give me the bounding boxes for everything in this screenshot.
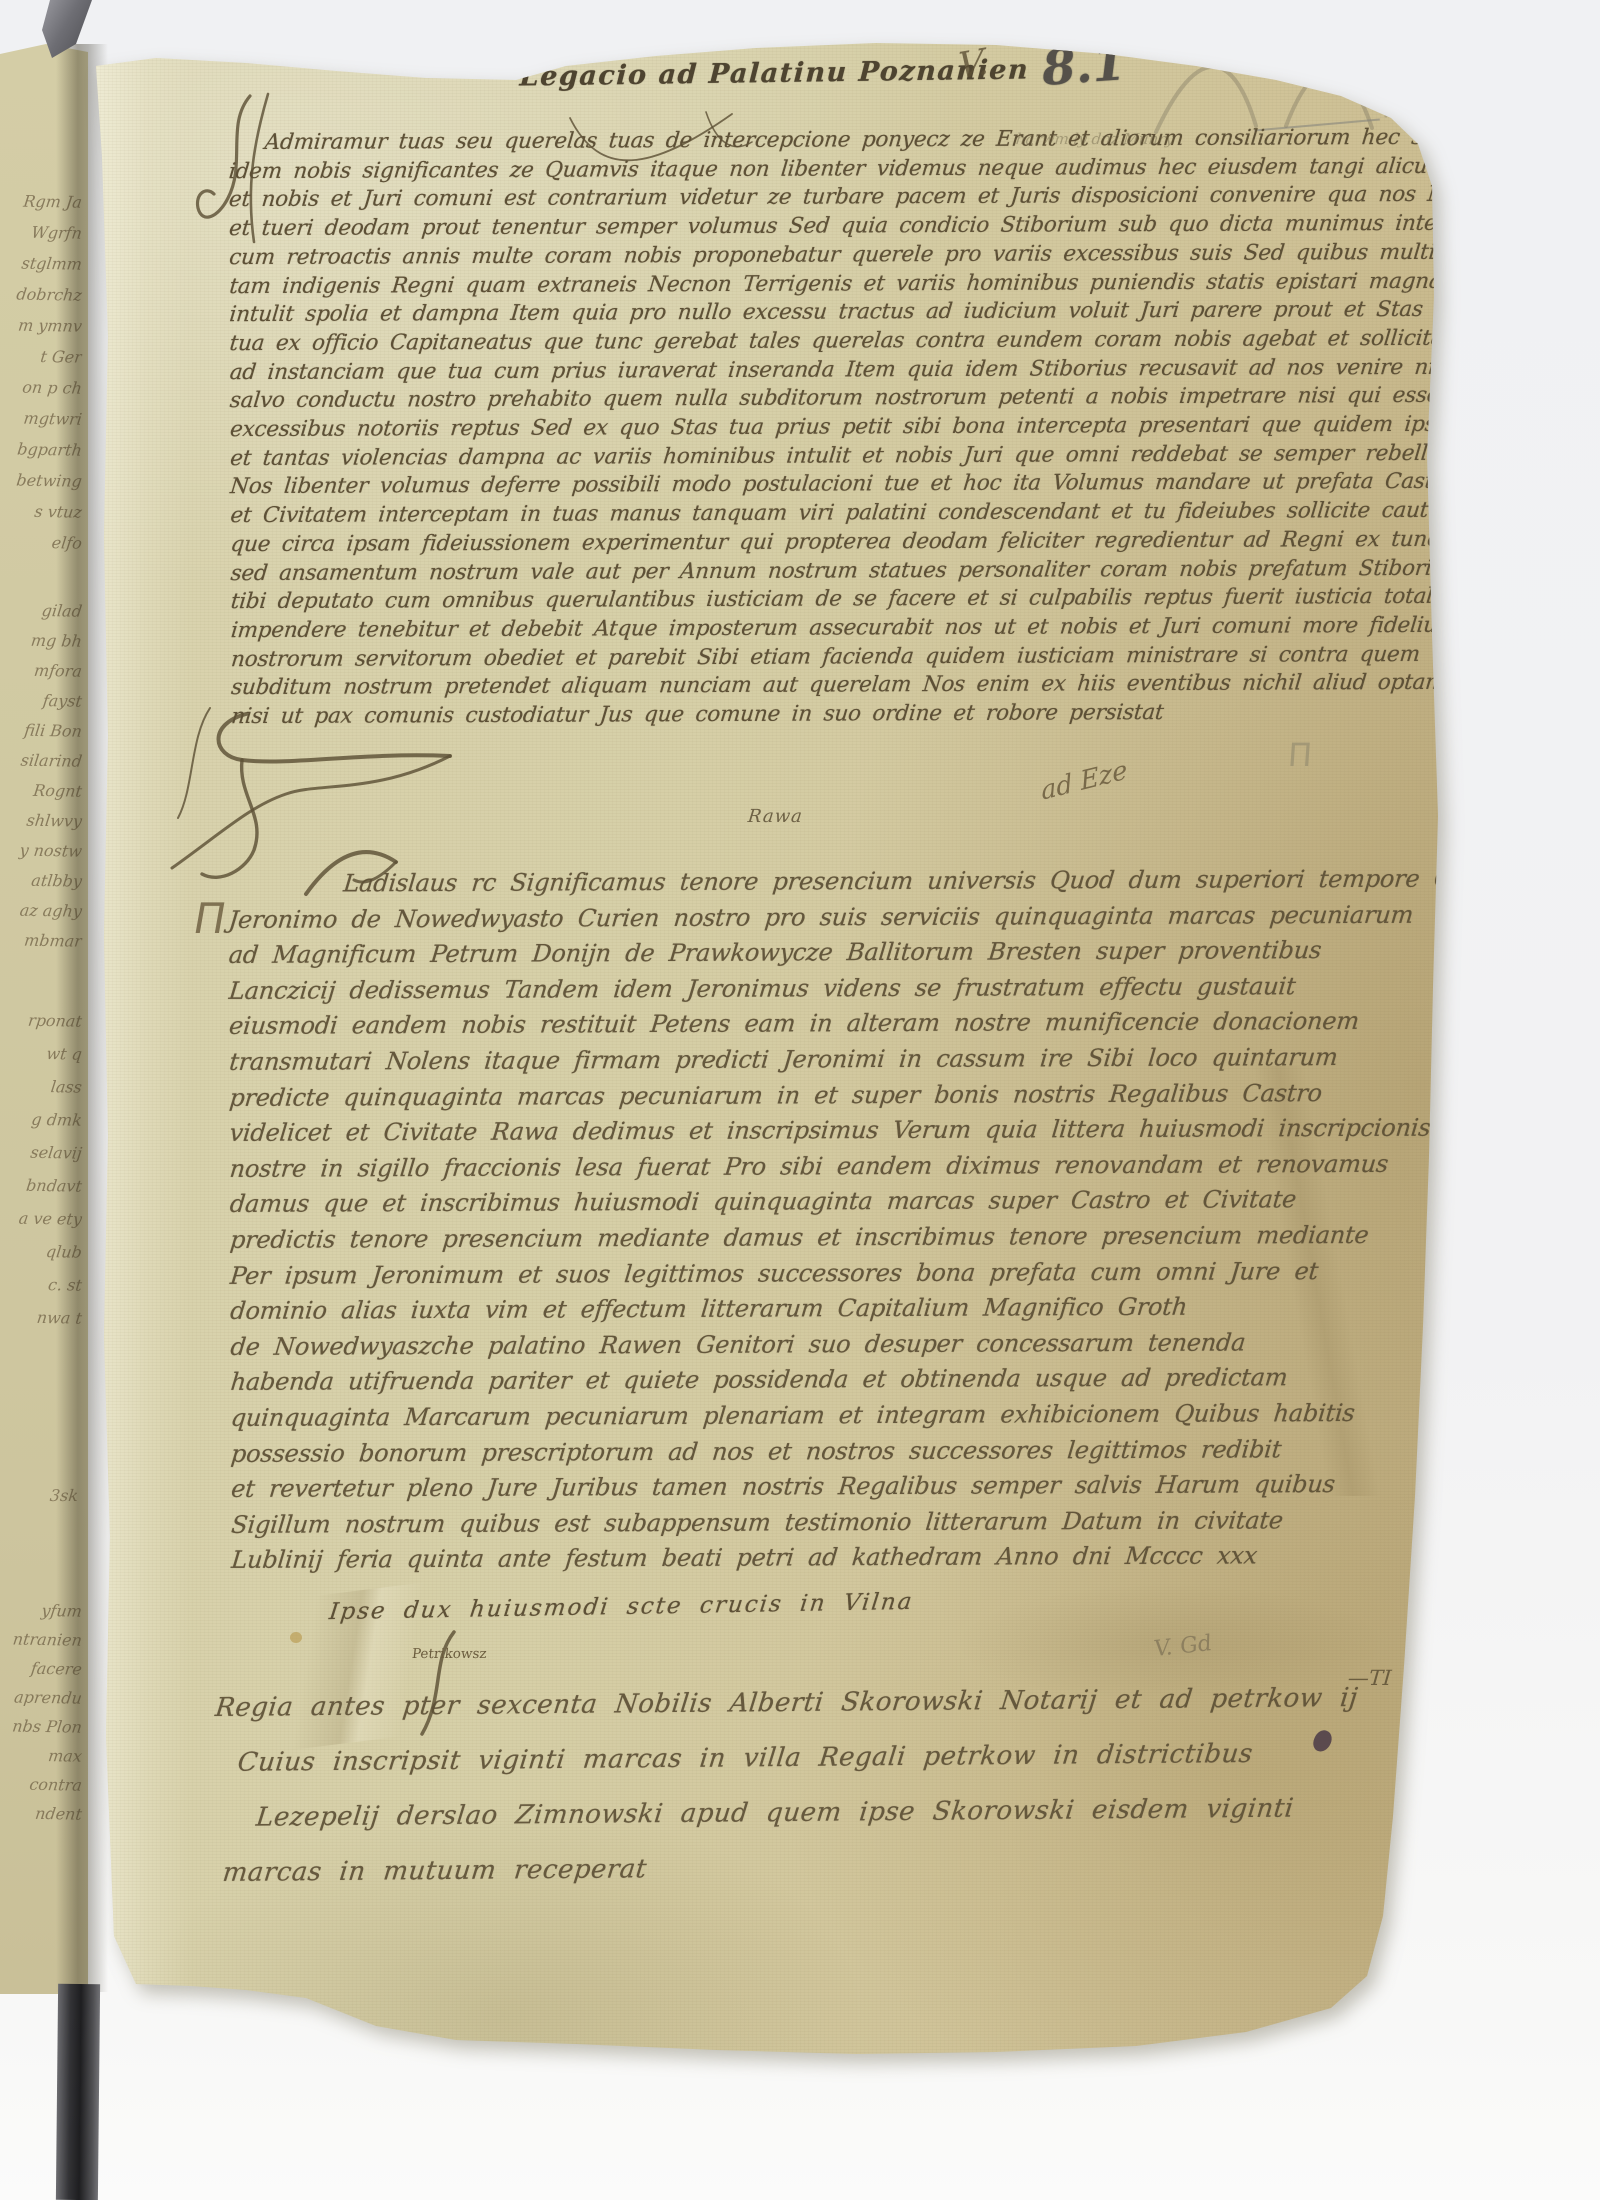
- manuscript-line: videlicet et Civitate Rawa dedimus et in…: [228, 1110, 1551, 1151]
- manuscript-line: Lezepelij derslao Zimnowski apud quem ip…: [253, 1781, 1362, 1846]
- manuscript-line: Cuius inscripsit viginti marcas in villa…: [235, 1726, 1362, 1791]
- manuscript-line: Sigillum nostrum quibus est subappensum …: [230, 1502, 1553, 1543]
- amber-ink-blot: [290, 1632, 302, 1643]
- manuscript-line: Ladislaus rc Significamus tenore presenc…: [227, 861, 1550, 902]
- manuscript-line: Regia antes pter sexcenta Nobilis Albert…: [212, 1671, 1361, 1736]
- shelfmark-prefix: V.: [958, 41, 990, 88]
- paragraph-legation-text: Admiramur tuas seu querelas tuas de inte…: [229, 123, 1600, 732]
- postscript-heading: Ipse dux huiusmodi scte crucis in Vilna: [328, 1589, 915, 1625]
- faint-pi-mark: Π: [1287, 736, 1314, 774]
- manuscript-line: eiusmodi eandem nobis restituit Petens e…: [227, 1003, 1550, 1044]
- manuscript-line: damus que et inscribimus huiusmodi quinq…: [228, 1181, 1551, 1222]
- manuscript-page: Legacio ad Palatinu Poznanien V. 8.1 44 …: [96, 36, 1448, 2056]
- postscript-interlinear-note: Petrikowsz: [411, 1646, 487, 1662]
- manuscript-scan: Rgm JaWgrfnstglmmdobrchzm ymnvt Geron p …: [0, 0, 1600, 2200]
- manuscript-line: predictis tenore presencium mediante dam…: [228, 1217, 1551, 1258]
- postscript-text: Regia antes pter sexcenta Nobilis Albert…: [215, 1671, 1359, 1901]
- manuscript-line: Jeronimo de Nowedwyasto Curien nostro pr…: [227, 897, 1550, 938]
- manuscript-line: dominio alias iuxta vim et effectum litt…: [229, 1288, 1552, 1329]
- manuscript-line: Per ipsum Jeronimum et suos legittimos s…: [228, 1253, 1551, 1294]
- manuscript-line: transmutari Nolens itaque firmam predict…: [228, 1039, 1551, 1080]
- folio-number: 44: [1351, 79, 1382, 106]
- marginal-note-ad-eze: ad Eze: [1040, 755, 1129, 807]
- manuscript-line: ad Magnificum Petrum Donijn de Prawkowyc…: [227, 932, 1550, 973]
- manuscript-line: habenda utifruenda pariter et quiete pos…: [229, 1359, 1552, 1400]
- shelfmark: 8.1: [1040, 35, 1127, 97]
- binding-rod: [56, 1984, 100, 2200]
- manuscript-line: Lublinij feria quinta ante festum beati …: [230, 1537, 1553, 1578]
- manuscript-line: possessio bonorum prescriptorum ad nos e…: [229, 1431, 1552, 1472]
- manuscript-line: predicte quinquaginta marcas pecuniarum …: [228, 1075, 1551, 1116]
- page-title: Legacio ad Palatinu Poznanien: [519, 54, 1030, 92]
- faint-gd-mark: V. Gd: [1154, 1631, 1212, 1662]
- manuscript-line: quinquaginta Marcarum pecuniarum plenari…: [229, 1395, 1552, 1436]
- manuscript-line: et revertetur pleno Jure Juribus tamen n…: [229, 1466, 1552, 1507]
- paragraph-rawa-grant-text: Ladislaus rc Significamus tenore presenc…: [228, 861, 1551, 1579]
- page-wrap: Legacio ad Palatinu Poznanien V. 8.1 44 …: [96, 36, 1448, 2096]
- place-label-rawa: Rawa: [747, 806, 804, 827]
- manuscript-line: marcas in mutuum receperat: [220, 1836, 1363, 1901]
- inner-margin-fold: [96, 36, 192, 2056]
